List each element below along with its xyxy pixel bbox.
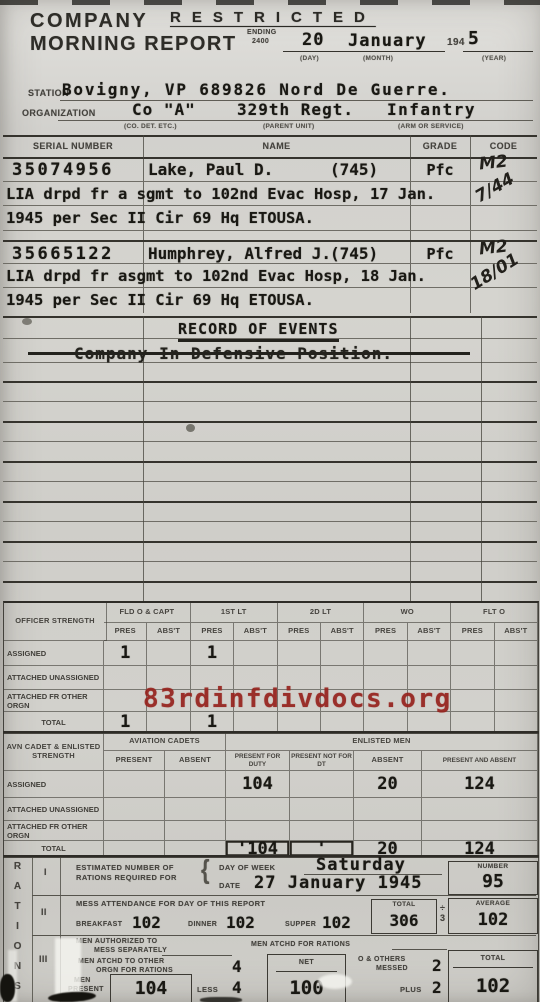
enlisted-cell xyxy=(422,798,538,821)
officer-sub-header: ABS'T xyxy=(234,623,277,641)
officer-cell: 1 xyxy=(104,712,147,733)
officer-cell: 1 xyxy=(191,712,234,733)
entry-grade: Pfc xyxy=(410,245,470,263)
ending-label: ENDING xyxy=(247,29,277,36)
officer-cell xyxy=(495,666,538,690)
enlisted-col-header: PRESENT xyxy=(104,751,165,771)
mess-total-label: TOTAL xyxy=(372,901,436,908)
enlisted-cell xyxy=(104,798,165,821)
rations-row-rule xyxy=(32,935,536,936)
officer-sub-header: ABS'T xyxy=(321,623,364,641)
officer-cell xyxy=(278,641,321,666)
events-top-rule xyxy=(3,316,537,318)
station-value: Bovigny, VP 689826 Nord De Guerre. xyxy=(62,80,451,99)
enlisted-cell: 104 xyxy=(226,771,290,798)
officer-cell xyxy=(451,666,494,690)
breakfast-value: 102 xyxy=(132,913,161,932)
entry-separator-rule xyxy=(3,240,537,242)
officer-strength-corner: OFFICER STRENGTH xyxy=(4,603,107,641)
roster-col-name: NAME xyxy=(143,141,410,151)
watermark-text: 83rdinfdivdocs.org xyxy=(143,684,452,714)
officer-row-label: ASSIGNED xyxy=(4,641,104,666)
entry-code2-handwritten: 7/44 xyxy=(472,169,518,207)
scan-edge-artifact xyxy=(0,0,540,5)
org-company: Co "A" xyxy=(132,100,196,119)
year-caption: (YEAR) xyxy=(482,55,506,62)
day-caption: (DAY) xyxy=(300,55,319,62)
company-morning-report-scan: COMPANY MORNING REPORT RESTRICTED ENDING… xyxy=(0,0,540,1002)
men-atchd-for-rations-label: MEN ATCHD FOR RATIONS xyxy=(251,941,350,948)
rations-section: RATIONS I II III ESTIMATED NUMBER OF RAT… xyxy=(3,855,539,1002)
cadets-group-header: AVIATION CADETS xyxy=(104,733,226,751)
events-title: RECORD OF EVENTS xyxy=(178,320,339,342)
officer-strength-table: OFFICER STRENGTH FLD O & CAPT 1ST LT 2D … xyxy=(3,601,539,734)
enlisted-cell xyxy=(165,821,226,841)
enlisted-row-label: ATTACHED FR OTHER ORGN xyxy=(4,821,104,841)
events-rule xyxy=(3,541,537,543)
officer-cell xyxy=(278,712,321,733)
entry-remark1: LIA drpd fr a sgmt to 102nd Evac Hosp, 1… xyxy=(6,185,435,203)
enlisted-cell xyxy=(290,771,354,798)
entry-remark2: 1945 per Sec II Cir 69 Hq ETOUSA. xyxy=(6,209,314,227)
organization-label: ORGANIZATION xyxy=(22,108,96,118)
rations-divider xyxy=(32,857,33,1002)
enlisted-cell xyxy=(165,771,226,798)
officer-row-label: TOTAL xyxy=(4,712,104,733)
enlisted-cell xyxy=(104,821,165,841)
officer-sub-header: ABS'T xyxy=(495,623,538,641)
date-rule xyxy=(283,51,445,52)
organization-rule xyxy=(58,120,533,121)
scan-speck xyxy=(22,318,32,325)
number-value: 95 xyxy=(449,871,537,892)
scan-dark-dash xyxy=(200,997,242,1002)
officer-row-label: ATTACHED FR OTHER ORGN xyxy=(4,690,104,712)
officer-cell xyxy=(147,641,190,666)
roster-header-rule xyxy=(3,157,537,159)
entry-name: Humphrey, Alfred J. xyxy=(148,244,331,263)
events-rule xyxy=(3,381,537,383)
scan-speck xyxy=(186,424,195,432)
events-divider xyxy=(481,316,482,601)
events-rule xyxy=(3,401,537,402)
rations-number-box: NUMBER 95 xyxy=(448,861,538,895)
officer-group-header: 1ST LT xyxy=(191,603,278,623)
entry-remark2: 1945 per Sec II Cir 69 Hq ETOUSA. xyxy=(6,291,314,309)
divide-sign: ÷ xyxy=(440,903,445,913)
atchd-other-value: 4 xyxy=(232,957,242,976)
entry-name: Lake, Paul D. xyxy=(148,160,273,179)
less-value: 4 xyxy=(232,978,242,997)
less-label: LESS xyxy=(197,985,218,994)
classification-stamp: RESTRICTED xyxy=(170,9,376,26)
rations-total-value: 102 xyxy=(449,975,537,997)
authorized-mess-label1: MEN AUTHORIZED TO xyxy=(76,938,157,945)
others-value: 2 xyxy=(432,956,442,975)
report-month: January xyxy=(348,31,427,51)
enlisted-cell xyxy=(104,771,165,798)
enlisted-col-header: PRESENT AND ABSENT xyxy=(422,751,538,771)
org-regiment-caption: (PARENT UNIT) xyxy=(263,123,314,130)
enlisted-col-header: PRESENT NOT FOR DT xyxy=(290,751,354,771)
officer-sub-header: PRES xyxy=(104,623,147,641)
roster-top-rule xyxy=(3,135,537,137)
officer-group-header: FLT O xyxy=(451,603,538,623)
officer-cell xyxy=(104,666,147,690)
officer-sub-header: ABS'T xyxy=(147,623,190,641)
org-branch: Infantry xyxy=(387,100,476,119)
estimated-rations-label1: ESTIMATED NUMBER OF xyxy=(76,863,174,872)
officer-cell xyxy=(234,641,277,666)
men-present-value: 104 xyxy=(111,978,191,999)
entry-name-note: (745) xyxy=(330,160,378,179)
average-box: AVERAGE 102 xyxy=(448,898,538,934)
supper-label: SUPPER xyxy=(285,921,316,928)
events-rule xyxy=(3,461,537,463)
officer-cell xyxy=(495,712,538,733)
date-label: DATE xyxy=(219,881,240,890)
form-title-line2: MORNING REPORT xyxy=(30,33,237,56)
officer-cell: 1 xyxy=(104,641,147,666)
authorized-mess-label2: MESS SEPARATELY xyxy=(94,947,167,954)
officer-sub-header: PRES xyxy=(191,623,234,641)
report-day: 20 xyxy=(302,30,324,50)
enlisted-cell xyxy=(354,798,422,821)
entry-remark1: LIA drpd fr asgmt to 102nd Evac Hosp, 18… xyxy=(6,267,426,285)
net-label: NET xyxy=(276,959,337,966)
form-title-line1: COMPANY xyxy=(30,10,148,33)
org-branch-caption: (ARM OR SERVICE) xyxy=(398,123,464,130)
enlisted-row-label: ASSIGNED xyxy=(4,771,104,798)
dinner-value: 102 xyxy=(226,913,255,932)
entry-serial: 35074956 xyxy=(12,160,114,180)
enlisted-row-label: ATTACHED UNASSIGNED xyxy=(4,798,104,821)
events-rule xyxy=(3,581,537,583)
brace-glyph: { xyxy=(201,854,210,885)
officer-cell xyxy=(451,690,494,712)
month-caption: (MONTH) xyxy=(363,55,393,62)
entry-name-note: (745) xyxy=(330,244,378,263)
breakfast-label: BREAKFAST xyxy=(76,921,122,928)
enlisted-cell xyxy=(165,798,226,821)
enlisted-group-header: ENLISTED MEN xyxy=(226,733,538,751)
enlisted-cell: 124 xyxy=(422,771,538,798)
atchd-other-label1: MEN ATCHD TO OTHER xyxy=(78,958,164,965)
enlisted-cell xyxy=(422,821,538,841)
strike-through-line xyxy=(28,352,470,355)
net-label-box: NET xyxy=(276,955,337,972)
officer-cell xyxy=(495,690,538,712)
year-rule xyxy=(463,51,533,52)
rations-total-box: TOTAL 102 xyxy=(448,950,538,1002)
rations-numeral-1: I xyxy=(44,867,47,877)
enlisted-cell xyxy=(226,821,290,841)
number-label: NUMBER xyxy=(449,863,537,870)
plus-label: PLUS xyxy=(400,985,422,994)
entry-rule xyxy=(3,287,537,288)
rations-total-label-box: TOTAL xyxy=(453,951,533,968)
plus-value: 2 xyxy=(432,978,442,997)
supper-value: 102 xyxy=(322,913,351,932)
officer-cell xyxy=(234,712,277,733)
enlisted-cell: 20 xyxy=(354,771,422,798)
mess-attendance-label: MESS ATTENDANCE FOR DAY OF THIS REPORT xyxy=(76,899,265,908)
blank-rule xyxy=(392,949,447,950)
day-of-week-label: DAY OF WEEK xyxy=(219,863,276,872)
rations-numeral-3: III xyxy=(39,954,48,964)
officer-sub-header: PRES xyxy=(364,623,407,641)
entry-rule xyxy=(3,230,537,231)
officer-cell xyxy=(495,641,538,666)
events-rule xyxy=(3,561,537,562)
men-present-box: 104 xyxy=(110,974,192,1002)
average-value: 102 xyxy=(449,910,537,930)
enlisted-cell xyxy=(226,798,290,821)
events-rule xyxy=(3,521,537,522)
events-divider xyxy=(410,316,411,601)
officer-cell xyxy=(364,641,407,666)
year-written: 5 xyxy=(468,28,479,49)
others-label2: MESSED xyxy=(376,965,408,972)
officer-sub-header: PRES xyxy=(278,623,321,641)
officer-cell xyxy=(451,712,494,733)
entry-rule xyxy=(3,263,537,264)
enlisted-cell xyxy=(290,821,354,841)
officer-cell xyxy=(364,712,407,733)
entry-rule xyxy=(3,181,537,182)
events-rule xyxy=(3,501,537,503)
officer-group-header: WO xyxy=(364,603,451,623)
officer-cell xyxy=(147,712,190,733)
officer-cell xyxy=(451,641,494,666)
atchd-other-label2: ORGN FOR RATIONS xyxy=(96,967,173,974)
enlisted-corner: AVN CADET & ENLISTED STRENGTH xyxy=(4,733,104,771)
events-rule xyxy=(3,441,537,442)
dinner-label: DINNER xyxy=(188,921,217,928)
entry-grade: Pfc xyxy=(410,161,470,179)
enlisted-col-header: ABSENT xyxy=(165,751,226,771)
enlisted-col-header: PRESENT FOR DUTY xyxy=(226,751,290,771)
enlisted-cell xyxy=(290,798,354,821)
officer-cell: 1 xyxy=(191,641,234,666)
roster-col-serial: SERIAL NUMBER xyxy=(3,141,143,151)
date-value: 27 January 1945 xyxy=(254,873,423,893)
day-of-week-value: Saturday xyxy=(316,855,406,875)
ending-time: 2400 xyxy=(252,38,269,45)
officer-group-header: 2D LT xyxy=(278,603,365,623)
rations-row-rule xyxy=(32,895,536,896)
roster-col-code: CODE xyxy=(470,141,537,151)
officer-cell xyxy=(104,690,147,712)
scan-whiteout-blob xyxy=(318,974,352,989)
officer-group-header: FLD O & CAPT xyxy=(104,603,191,623)
mess-total-value: 306 xyxy=(372,911,436,930)
enlisted-cell xyxy=(354,821,422,841)
entry-serial: 35665122 xyxy=(12,244,114,264)
entry-rule xyxy=(3,205,537,206)
officer-sub-header: ABS'T xyxy=(408,623,451,641)
org-company-caption: (CO. DET. ETC.) xyxy=(124,123,177,130)
enlisted-strength-table: AVN CADET & ENLISTED STRENGTH AVIATION C… xyxy=(3,731,539,858)
others-label1: O & OTHERS xyxy=(358,956,406,963)
mess-total-box: TOTAL 306 xyxy=(371,899,437,934)
rations-numeral-2: II xyxy=(41,907,47,917)
year-printed: 194 xyxy=(447,37,465,48)
events-rule xyxy=(3,421,537,423)
events-rule xyxy=(3,481,537,482)
blank-rule xyxy=(162,955,232,956)
org-regiment: 329th Regt. xyxy=(237,100,354,119)
scan-dark-blob xyxy=(0,974,15,1002)
officer-cell xyxy=(408,712,451,733)
roster-col-grade: GRADE xyxy=(410,141,470,151)
officer-sub-header: PRES xyxy=(451,623,494,641)
officer-cell xyxy=(408,641,451,666)
officer-cell xyxy=(321,712,364,733)
rations-total-label: TOTAL xyxy=(453,955,533,962)
estimated-rations-label2: RATIONS REQUIRED FOR xyxy=(76,873,177,882)
average-label: AVERAGE xyxy=(449,900,537,907)
enlisted-col-header: ABSENT xyxy=(354,751,422,771)
officer-row-label: ATTACHED UNASSIGNED xyxy=(4,666,104,690)
officer-cell xyxy=(321,641,364,666)
divide-by: 3 xyxy=(440,913,445,923)
